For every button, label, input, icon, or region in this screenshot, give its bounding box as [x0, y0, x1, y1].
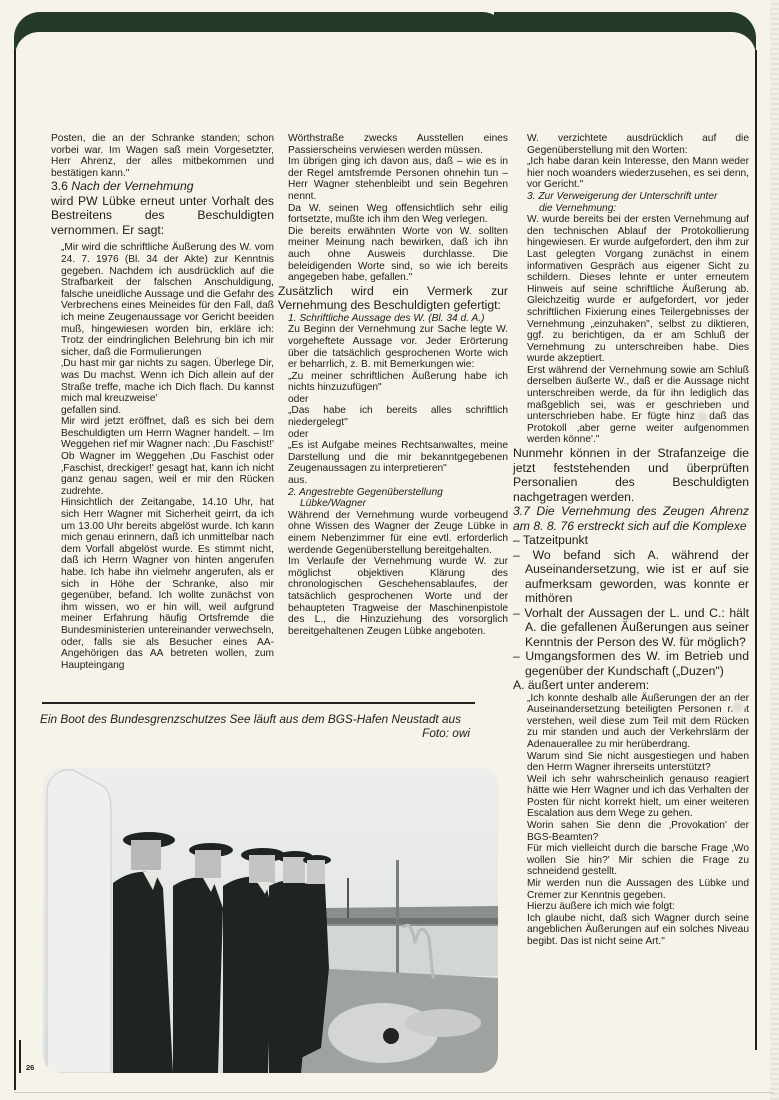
item-2-title-cont: Lübke/Wagner	[288, 498, 508, 510]
paragraph: Wörthstraße zwecks Ausstellen eines Pass…	[288, 133, 508, 156]
photo-credit: Foto: owi	[40, 726, 470, 740]
paragraph: Warum sind Sie nicht ausgestiegen und ha…	[527, 751, 749, 774]
paragraph: Im übrigen ging ich davon aus, daß – wie…	[288, 156, 508, 202]
page-bottom-edge	[14, 1092, 774, 1093]
frame-inner	[15, 32, 756, 92]
paragraph: „Mir wird die schriftliche Äußerung des …	[61, 242, 274, 358]
item-2-title: 2. Angestrebte Gegenüberstellung	[288, 487, 508, 499]
list-item: – Umgangsformen des W. im Betrieb und ge…	[513, 649, 749, 678]
caption-text: Ein Boot des Bundesgrenzschutzes See läu…	[40, 712, 470, 726]
paragraph: ‚Du hast mir gar nichts zu sagen. Überle…	[61, 358, 274, 404]
print-speckle	[695, 410, 709, 424]
paragraph: W. wurde bereits bei der ersten Vernehmu…	[527, 214, 749, 365]
quote: „Ich habe daran kein Interesse, den Mann…	[527, 156, 749, 191]
item-3-title: 3. Zur Verweigerung der Unterschrift unt…	[527, 191, 749, 203]
paragraph: Posten, die an der Schranke standen; sch…	[51, 133, 274, 179]
paragraph: Hinsichtlich der Zeitangabe, 14.10 Uhr, …	[61, 497, 274, 671]
frame-right-rule	[755, 50, 757, 1050]
text: oder	[288, 429, 508, 441]
paragraph: Ich glaube nicht, daß sich Wagner durch …	[527, 913, 749, 948]
column-3: W. verzichtete ausdrücklich auf die Gege…	[527, 133, 749, 948]
page-number-bar	[19, 1040, 21, 1073]
section-intro: wird PW Lübke erneut unter Vorhalt des B…	[51, 194, 274, 238]
witness-statement: „Mir wird die schriftliche Äußerung des …	[51, 242, 274, 671]
section-heading-3-6: 3.6 Nach der Vernehmung	[51, 179, 274, 194]
statement-intro: A. äußert unter anderem:	[513, 678, 749, 693]
quote: „Zu meiner schriftlichen Äußerung habe i…	[288, 371, 508, 394]
photo-illustration-icon	[43, 768, 498, 1073]
paragraph: Mir wird jetzt eröffnet, daß es sich bei…	[61, 416, 274, 497]
photo-caption: Ein Boot des Bundesgrenzschutzes See läu…	[40, 712, 470, 740]
subheading: Zusätzlich wird ein Vermerk zur Vernehmu…	[278, 284, 508, 313]
quote: „Es ist Aufgabe meines Rechtsanwaltes, m…	[288, 440, 508, 475]
text: oder	[288, 394, 508, 406]
list-item: – Vorhalt der Aussagen der L. und C.: hä…	[513, 606, 749, 650]
column-2: Wörthstraße zwecks Ausstellen eines Pass…	[288, 133, 508, 637]
summary-paragraph: Nunmehr können in der Strafanzeige die j…	[513, 446, 749, 504]
paragraph: Erst während der Vernehmung sowie am Sch…	[527, 365, 749, 446]
list-item: – Tatzeitpunkt	[513, 533, 749, 548]
frame-left-rule	[14, 50, 16, 1090]
paragraph: Zu Beginn der Vernehmung zur Sache legte…	[288, 324, 508, 370]
item-3-title-cont: die Vernehmung:	[527, 203, 749, 215]
section-number: 3.6	[51, 179, 71, 193]
paragraph: Für mich vielleicht durch die barsche Fr…	[527, 843, 749, 878]
paragraph: „Ich konnte deshalb alle Äußerungen der …	[527, 693, 749, 751]
page-edge	[770, 0, 779, 1100]
paragraph: Mir werden nun die Aussagen des Lübke un…	[527, 878, 749, 901]
photo-bgs-boat	[43, 768, 498, 1073]
paragraph: Worin sahen Sie denn die ‚Provokation' d…	[527, 820, 749, 843]
paragraph: Weil ich sehr wahrscheinlich genauso rea…	[527, 774, 749, 820]
paragraph: W. verzichtete ausdrücklich auf die Gege…	[527, 133, 749, 156]
section-heading-3-7: 3.7 Die Vernehmung des Zeugen Ahrenz am …	[513, 504, 749, 533]
column-1: Posten, die an der Schranke standen; sch…	[51, 133, 274, 671]
print-speckle	[731, 700, 745, 714]
paragraph: Hierzu äußere ich mich wie folgt:	[527, 901, 749, 913]
topics-list: – Tatzeitpunkt – Wo befand sich A. währe…	[513, 533, 749, 678]
paragraph: Die bereits erwähnten Worte von W. sollt…	[288, 226, 508, 284]
section-title: Nach der Vernehmung	[71, 179, 193, 193]
paragraph: Während der Vernehmung wurde vorbeugend …	[288, 510, 508, 556]
quote: „Das habe ich bereits alles schriftlich …	[288, 405, 508, 428]
paragraph: gefallen sind.	[61, 405, 274, 417]
caption-rule	[42, 702, 475, 704]
list-item: – Wo befand sich A. während der Auseinan…	[513, 548, 749, 606]
paragraph: Im Verlaufe der Vernehmung wurde W. zur …	[288, 556, 508, 637]
item-1-title: 1. Schriftliche Aussage des W. (Bl. 34 d…	[288, 313, 508, 325]
paragraph: Da W. seinen Weg offensichtlich sehr eil…	[288, 203, 508, 226]
text: aus.	[288, 475, 508, 487]
page-number: 26	[26, 1063, 34, 1072]
